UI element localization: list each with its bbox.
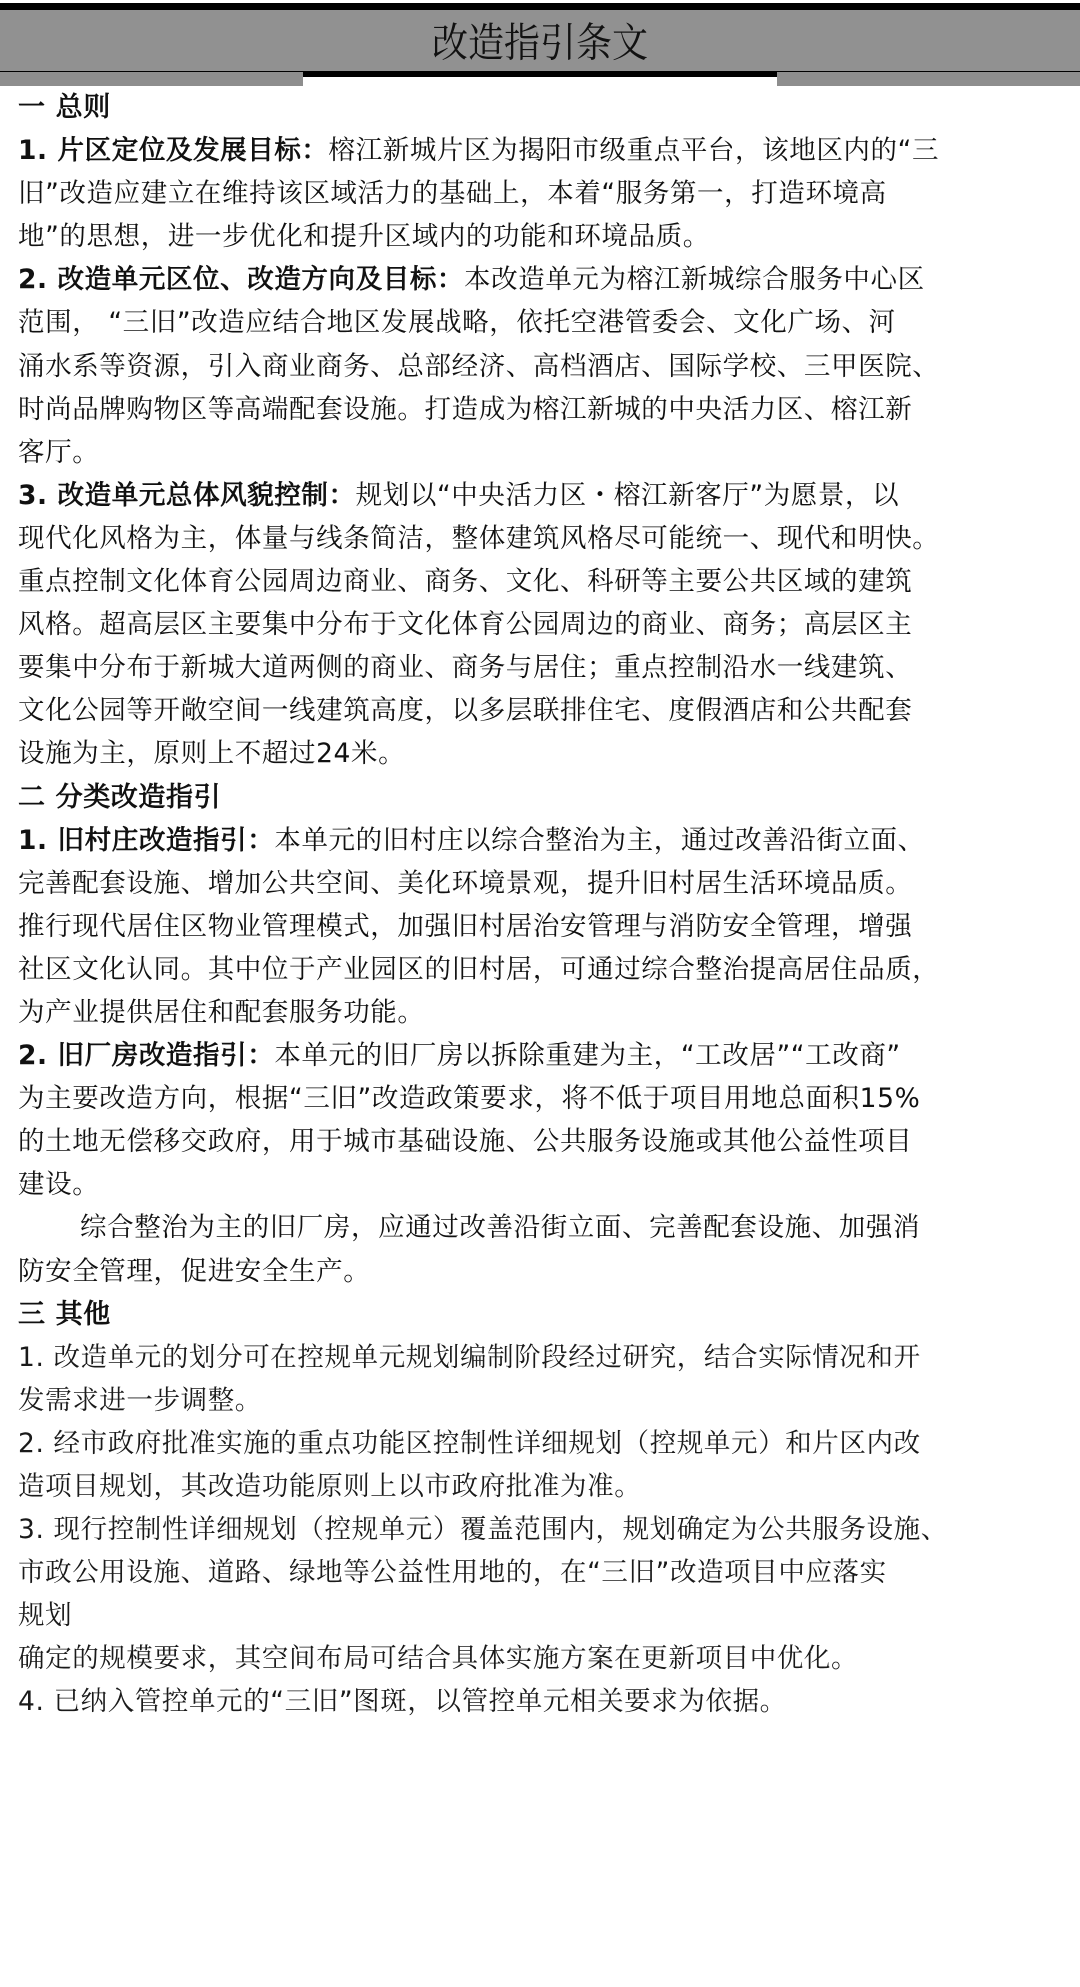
clause-2-1-line-2: 完善配套设施、增加公共空间、美化环境景观，提升旧村居生活环境品质。 bbox=[18, 862, 1068, 905]
clause-3-3-line-1: 3. 现行控制性详细规划（控规单元）覆盖范围内，规划确定为公共服务设施、 bbox=[18, 1508, 1068, 1551]
clause-1-3-line-4: 风格。超高层区主要集中分布于文化体育公园周边的商业、商务；高层区主 bbox=[18, 603, 1068, 646]
clause-3-1-line-1: 1. 改造单元的划分可在控规单元规划编制阶段经过研究，结合实际情况和开 bbox=[18, 1336, 1068, 1379]
clause-1-2-line-5: 客厅。 bbox=[18, 431, 1068, 474]
clause-1-2-line-1: 2. 改造单元区位、改造方向及目标：本改造单元为榕江新城综合服务中心区 bbox=[18, 258, 1068, 301]
section-heading-classified-guidance: 二 分类改造指引 bbox=[18, 776, 1068, 819]
clause-2-1-line-1: 1. 旧村庄改造指引：本单元的旧村庄以综合整治为主，通过改善沿街立面、 bbox=[18, 819, 1068, 862]
clause-lead: 1. 旧村庄改造指引： bbox=[18, 825, 274, 856]
clause-1-3-line-1: 3. 改造单元总体风貌控制：规划以“中央活力区・榕江新客厅”为愿景，以 bbox=[18, 474, 1068, 517]
clause-text: 榕江新城片区为揭阳市级重点平台，该地区内的“三 bbox=[329, 135, 940, 166]
section-heading-other: 三 其他 bbox=[18, 1293, 1068, 1336]
clause-text: 本单元的旧厂房以拆除重建为主，“工改居”“工改商” bbox=[274, 1040, 900, 1071]
clause-lead: 2. 改造单元区位、改造方向及目标： bbox=[18, 264, 464, 295]
clause-1-2-line-2: 范围， “三旧”改造应结合地区发展战略，依托空港管委会、文化广场、河 bbox=[18, 301, 1068, 344]
clause-2-1-line-4: 社区文化认同。其中位于产业园区的旧村居，可通过综合整治提高居住品质， bbox=[18, 948, 1068, 991]
clause-text: 本单元的旧村庄以综合整治为主，通过改善沿街立面、 bbox=[274, 825, 924, 856]
clause-2-1-line-3: 推行现代居住区物业管理模式，加强旧村居治安管理与消防安全管理，增强 bbox=[18, 905, 1068, 948]
document-header: 改造指引条文 bbox=[0, 0, 1080, 90]
header-band: 改造指引条文 bbox=[0, 10, 1080, 71]
section-heading-general: 一 总则 bbox=[18, 86, 1068, 129]
clause-1-3-line-3: 重点控制文化体育公园周边商业、商务、文化、科研等主要公共区域的建筑 bbox=[18, 560, 1068, 603]
clause-2-1-line-5: 为产业提供居住和配套服务功能。 bbox=[18, 991, 1068, 1034]
clause-1-3-line-2: 现代化风格为主，体量与线条简洁，整体建筑风格尽可能统一、现代和明快。 bbox=[18, 517, 1068, 560]
clause-3-1-line-2: 发需求进一步调整。 bbox=[18, 1379, 1068, 1422]
clause-2-2-para-2-line-1: 综合整治为主的旧厂房，应通过改善沿街立面、完善配套设施、加强消 bbox=[18, 1206, 1068, 1249]
clause-lead: 3. 改造单元总体风貌控制： bbox=[18, 480, 356, 511]
clause-3-3-line-4: 确定的规模要求，其空间布局可结合具体实施方案在更新项目中优化。 bbox=[18, 1637, 1068, 1680]
clause-3-2-line-1: 2. 经市政府批准实施的重点功能区控制性详细规划（控规单元）和片区内改 bbox=[18, 1422, 1068, 1465]
clause-1-1-line-2: 旧”改造应建立在维持该区域活力的基础上，本着“服务第一，打造环境高 bbox=[18, 172, 1068, 215]
clause-1-1-line-1: 1. 片区定位及发展目标：榕江新城片区为揭阳市级重点平台，该地区内的“三 bbox=[18, 129, 1068, 172]
header-strip-left bbox=[0, 72, 303, 86]
clause-1-1-line-3: 地”的思想，进一步优化和提升区域内的功能和环境品质。 bbox=[18, 215, 1068, 258]
header-strip-right bbox=[777, 72, 1080, 86]
clause-1-3-line-7: 设施为主，原则上不超过24米。 bbox=[18, 732, 1068, 775]
clause-lead: 2. 旧厂房改造指引： bbox=[18, 1040, 274, 1071]
clause-text: 本改造单元为榕江新城综合服务中心区 bbox=[464, 264, 925, 295]
clause-3-3-line-2: 市政公用设施、道路、绿地等公益性用地的，在“三旧”改造项目中应落实 bbox=[18, 1551, 1068, 1594]
clause-1-3-line-5: 要集中分布于新城大道两侧的商业、商务与居住；重点控制沿水一线建筑、 bbox=[18, 646, 1068, 689]
document-body: 一 总则 1. 片区定位及发展目标：榕江新城片区为揭阳市级重点平台，该地区内的“… bbox=[18, 86, 1068, 1724]
clause-1-2-line-4: 时尚品牌购物区等高端配套设施。打造成为榕江新城的中央活力区、榕江新 bbox=[18, 388, 1068, 431]
clause-3-2-line-2: 造项目规划，其改造功能原则上以市政府批准为准。 bbox=[18, 1465, 1068, 1508]
clause-3-3-line-3: 规划 bbox=[18, 1594, 1068, 1637]
clause-2-2-line-1: 2. 旧厂房改造指引：本单元的旧厂房以拆除重建为主，“工改居”“工改商” bbox=[18, 1034, 1068, 1077]
clause-text: 规划以“中央活力区・榕江新客厅”为愿景，以 bbox=[356, 480, 900, 511]
clause-2-2-line-2: 为主要改造方向，根据“三旧”改造政策要求，将不低于项目用地总面积15% bbox=[18, 1077, 1068, 1120]
clause-lead: 1. 片区定位及发展目标： bbox=[18, 135, 329, 166]
clause-1-2-line-3: 涌水系等资源，引入商业商务、总部经济、高档酒店、国际学校、三甲医院、 bbox=[18, 345, 1068, 388]
clause-2-2-line-4: 建设。 bbox=[18, 1163, 1068, 1206]
clause-1-3-line-6: 文化公园等开敞空间一线建筑高度，以多层联排住宅、度假酒店和公共配套 bbox=[18, 689, 1068, 732]
page-title: 改造指引条文 bbox=[432, 12, 648, 69]
clause-2-2-para-2-line-2: 防安全管理，促进安全生产。 bbox=[18, 1250, 1068, 1293]
header-top-rule bbox=[0, 3, 1080, 10]
clause-2-2-line-3: 的土地无偿移交政府，用于城市基础设施、公共服务设施或其他公益性项目 bbox=[18, 1120, 1068, 1163]
clause-3-4-line-1: 4. 已纳入管控单元的“三旧”图斑，以管控单元相关要求为依据。 bbox=[18, 1680, 1068, 1723]
